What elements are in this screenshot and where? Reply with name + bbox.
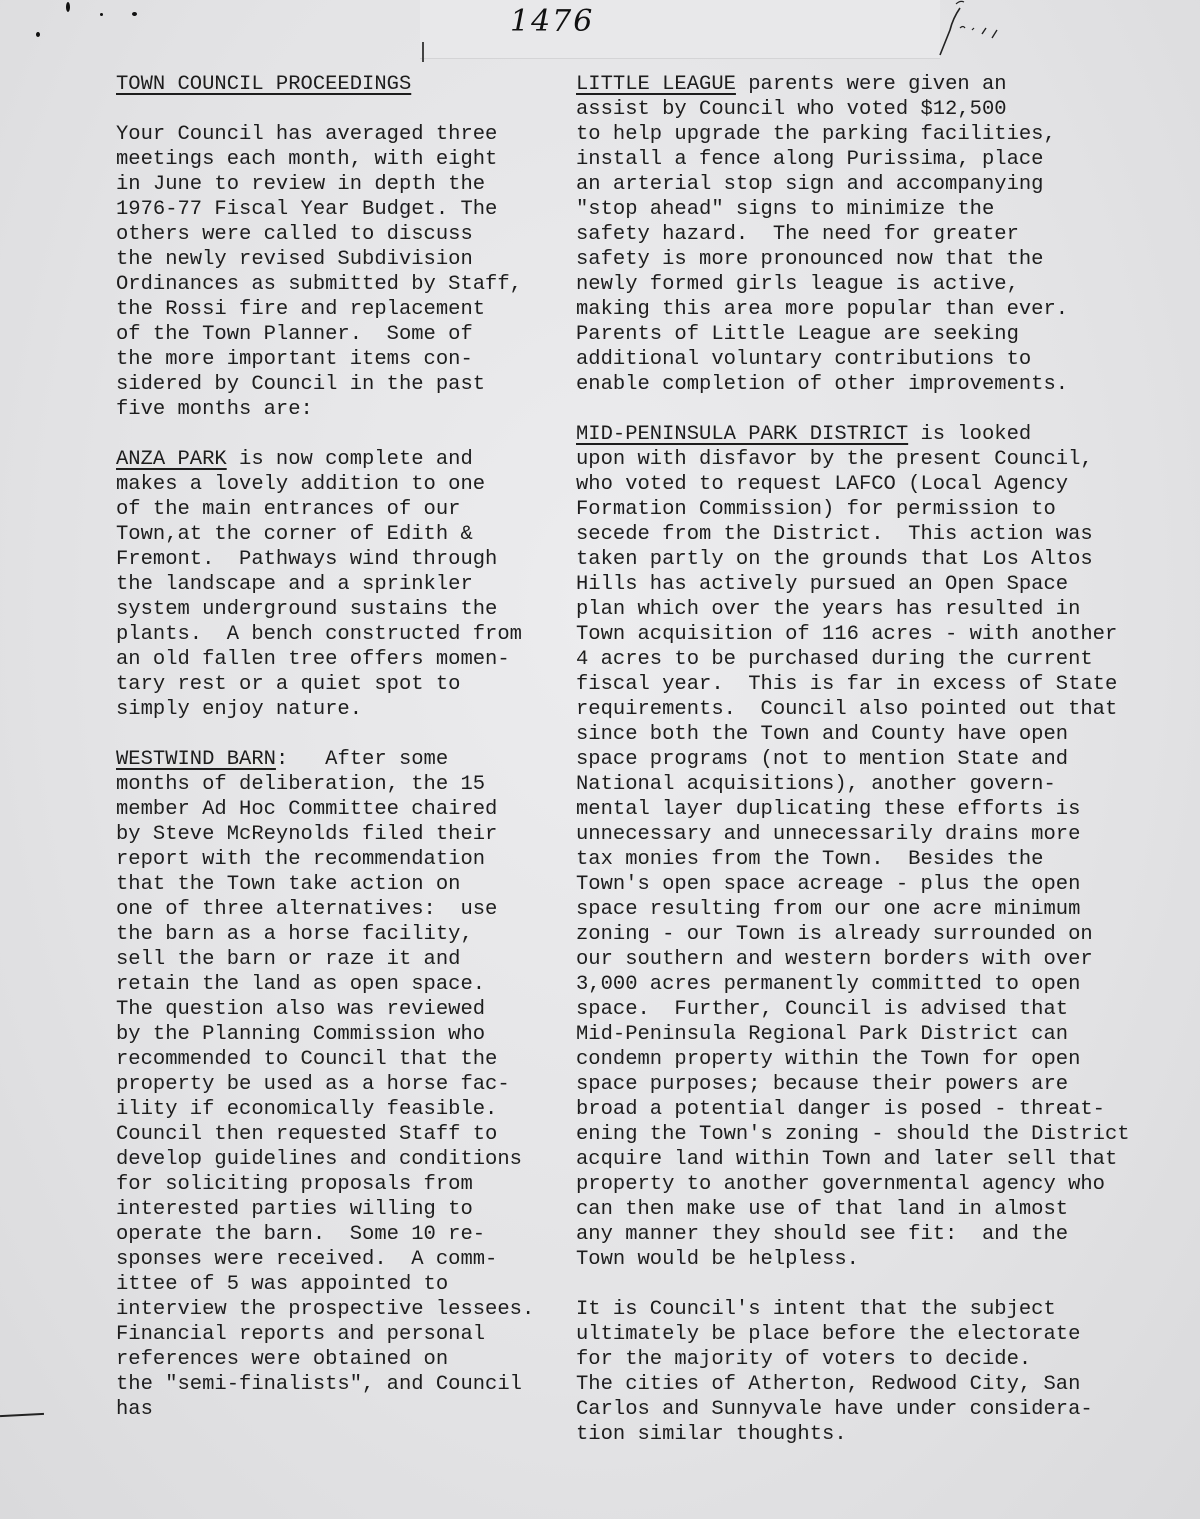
text-line: space resulting from our one acre minimu…	[576, 897, 1130, 922]
heading-lead-text: parents were given an	[736, 73, 1007, 96]
text-line: sidered by Council in the past	[116, 372, 534, 397]
left-column: TOWN COUNCIL PROCEEDINGSYour Council has…	[116, 72, 534, 1422]
text-line: meetings each month, with eight	[116, 147, 534, 172]
text-line: sponses were received. A comm-	[116, 1247, 534, 1272]
text-line: Your Council has averaged three	[116, 122, 534, 147]
text-line: zoning - our Town is already surrounded …	[576, 922, 1130, 947]
text-line: LITTLE LEAGUE parents were given an	[576, 72, 1130, 97]
text-line: ility if economically feasible.	[116, 1097, 534, 1122]
scan-speck	[66, 2, 70, 12]
text-line: enable completion of other improvements.	[576, 372, 1130, 397]
text-line: the landscape and a sprinkler	[116, 572, 534, 597]
text-line: Hills has actively pursued an Open Space	[576, 572, 1130, 597]
scan-speck	[100, 13, 103, 16]
text-line: property to another governmental agency …	[576, 1172, 1130, 1197]
text-line: newly formed girls league is active,	[576, 272, 1130, 297]
text-line: tion similar thoughts.	[576, 1422, 1130, 1447]
text-line: operate the barn. Some 10 re-	[116, 1222, 534, 1247]
scan-speck	[132, 12, 137, 16]
text-line: ANZA PARK is now complete and	[116, 447, 534, 472]
text-line: makes a lovely addition to one	[116, 472, 534, 497]
text-line: WESTWIND BARN: After some	[116, 747, 534, 772]
text-line: assist by Council who voted $12,500	[576, 97, 1130, 122]
paragraph-gap	[116, 422, 534, 447]
text-line: member Ad Hoc Committee chaired	[116, 797, 534, 822]
text-line: broad a potential danger is posed - thre…	[576, 1097, 1130, 1122]
heading-lead-text: : After some	[276, 748, 448, 771]
text-line: plants. A bench constructed from	[116, 622, 534, 647]
text-line: taken partly on the grounds that Los Alt…	[576, 547, 1130, 572]
text-line: Financial reports and personal	[116, 1322, 534, 1347]
handwritten-year: 1476	[510, 4, 594, 39]
text-line: that the Town take action on	[116, 872, 534, 897]
text-line: references were obtained on	[116, 1347, 534, 1372]
text-line: others were called to discuss	[116, 222, 534, 247]
text-line: Parents of Little League are seeking	[576, 322, 1130, 347]
text-line: The question also was reviewed	[116, 997, 534, 1022]
text-line: National acquisitions), another govern-	[576, 772, 1130, 797]
text-line: Mid-Peninsula Regional Park District can	[576, 1022, 1130, 1047]
text-line: 3,000 acres permanently committed to ope…	[576, 972, 1130, 997]
text-line: by the Planning Commission who	[116, 1022, 534, 1047]
article-section: ANZA PARK is now complete andmakes a lov…	[116, 447, 534, 722]
text-line: ittee of 5 was appointed to	[116, 1272, 534, 1297]
paragraph-gap	[116, 97, 534, 122]
article-section: LITTLE LEAGUE parents were given anassis…	[576, 72, 1130, 397]
text-line: plan which over the years has resulted i…	[576, 597, 1130, 622]
paragraph-gap	[576, 397, 1130, 422]
text-line: safety is more pronounced now that the	[576, 247, 1130, 272]
text-line: of the main entrances of our	[116, 497, 534, 522]
text-line: secede from the District. This action wa…	[576, 522, 1130, 547]
text-line: by Steve McReynolds filed their	[116, 822, 534, 847]
text-line: Fremont. Pathways wind through	[116, 547, 534, 572]
scan-speck	[36, 32, 40, 37]
text-line: space. Further, Council is advised that	[576, 997, 1130, 1022]
text-line: any manner they should see fit: and the	[576, 1222, 1130, 1247]
text-line: five months are:	[116, 397, 534, 422]
text-line: the Rossi fire and replacement	[116, 297, 534, 322]
text-line: to help upgrade the parking facilities,	[576, 122, 1130, 147]
text-line: making this area more popular than ever.	[576, 297, 1130, 322]
right-column: LITTLE LEAGUE parents were given anassis…	[576, 72, 1130, 1447]
text-line: simply enjoy nature.	[116, 697, 534, 722]
text-line: report with the recommendation	[116, 847, 534, 872]
text-line: Formation Commission) for permission to	[576, 497, 1130, 522]
text-line: Town would be helpless.	[576, 1247, 1130, 1272]
text-line: upon with disfavor by the present Counci…	[576, 447, 1130, 472]
text-line: has	[116, 1397, 534, 1422]
text-line: for the majority of voters to decide.	[576, 1347, 1130, 1372]
text-line: an arterial stop sign and accompanying	[576, 172, 1130, 197]
section-heading: MID-PENINSULA PARK DISTRICT	[576, 423, 908, 446]
text-line: retain the land as open space.	[116, 972, 534, 997]
text-line: mental layer duplicating these efforts i…	[576, 797, 1130, 822]
article-section: MID-PENINSULA PARK DISTRICT is lookedupo…	[576, 422, 1130, 1272]
section-heading: WESTWIND BARN	[116, 748, 276, 771]
text-line: sell the barn or raze it and	[116, 947, 534, 972]
text-line: property be used as a horse fac-	[116, 1072, 534, 1097]
text-line: The cities of Atherton, Redwood City, Sa…	[576, 1372, 1130, 1397]
text-line: the barn as a horse facility,	[116, 922, 534, 947]
text-line: 1976-77 Fiscal Year Budget. The	[116, 197, 534, 222]
text-line: the "semi-finalists", and Council	[116, 1372, 534, 1397]
article-section: WESTWIND BARN: After somemonths of delib…	[116, 747, 534, 1422]
text-line: safety hazard. The need for greater	[576, 222, 1130, 247]
text-line: Town's open space acreage - plus the ope…	[576, 872, 1130, 897]
text-line: 4 acres to be purchased during the curre…	[576, 647, 1130, 672]
text-line: for soliciting proposals from	[116, 1172, 534, 1197]
text-line: condemn property within the Town for ope…	[576, 1047, 1130, 1072]
text-line: develop guidelines and conditions	[116, 1147, 534, 1172]
article-section: TOWN COUNCIL PROCEEDINGSYour Council has…	[116, 72, 534, 422]
crop-mark	[422, 42, 424, 62]
text-line: an old fallen tree offers momen-	[116, 647, 534, 672]
text-line: of the Town Planner. Some of	[116, 322, 534, 347]
text-line: ultimately be place before the electorat…	[576, 1322, 1130, 1347]
handwritten-scribble	[920, 0, 1040, 60]
heading-lead-text: is looked	[908, 423, 1031, 446]
text-line: "stop ahead" signs to minimize the	[576, 197, 1130, 222]
text-line: our southern and western borders with ov…	[576, 947, 1130, 972]
text-line: system underground sustains the	[116, 597, 534, 622]
section-heading: TOWN COUNCIL PROCEEDINGS	[116, 72, 534, 97]
text-line: space programs (not to mention State and	[576, 747, 1130, 772]
text-line: acquire land within Town and later sell …	[576, 1147, 1130, 1172]
section-heading: ANZA PARK	[116, 448, 227, 471]
text-line: fiscal year. This is far in excess of St…	[576, 672, 1130, 697]
text-line: who voted to request LAFCO (Local Agency	[576, 472, 1130, 497]
article-section: It is Council's intent that the subjectu…	[576, 1297, 1130, 1447]
text-line: install a fence along Purissima, place	[576, 147, 1130, 172]
paragraph-gap	[116, 722, 534, 747]
text-line: one of three alternatives: use	[116, 897, 534, 922]
text-line: the more important items con-	[116, 347, 534, 372]
text-line: interested parties willing to	[116, 1197, 534, 1222]
text-line: months of deliberation, the 15	[116, 772, 534, 797]
text-line: space purposes; because their powers are	[576, 1072, 1130, 1097]
heading-lead-text: is now complete and	[227, 448, 473, 471]
text-line: tary rest or a quiet spot to	[116, 672, 534, 697]
text-line: since both the Town and County have open	[576, 722, 1130, 747]
text-line: the newly revised Subdivision	[116, 247, 534, 272]
text-line: unnecessary and unnecessarily drains mor…	[576, 822, 1130, 847]
text-line: Ordinances as submitted by Staff,	[116, 272, 534, 297]
text-line: in June to review in depth the	[116, 172, 534, 197]
text-line: can then make use of that land in almost	[576, 1197, 1130, 1222]
text-line: Town,at the corner of Edith &	[116, 522, 534, 547]
text-line: recommended to Council that the	[116, 1047, 534, 1072]
text-line: It is Council's intent that the subject	[576, 1297, 1130, 1322]
text-line: ening the Town's zoning - should the Dis…	[576, 1122, 1130, 1147]
text-line: Council then requested Staff to	[116, 1122, 534, 1147]
text-line: tax monies from the Town. Besides the	[576, 847, 1130, 872]
section-heading: LITTLE LEAGUE	[576, 73, 736, 96]
text-line: Town acquisition of 116 acres - with ano…	[576, 622, 1130, 647]
text-line: interview the prospective lessees.	[116, 1297, 534, 1322]
text-line: requirements. Council also pointed out t…	[576, 697, 1130, 722]
paper-tab-patch	[420, 0, 940, 59]
paragraph-gap	[576, 1272, 1130, 1297]
text-line: Carlos and Sunnyvale have under consider…	[576, 1397, 1130, 1422]
text-line: MID-PENINSULA PARK DISTRICT is looked	[576, 422, 1130, 447]
text-line: additional voluntary contributions to	[576, 347, 1130, 372]
